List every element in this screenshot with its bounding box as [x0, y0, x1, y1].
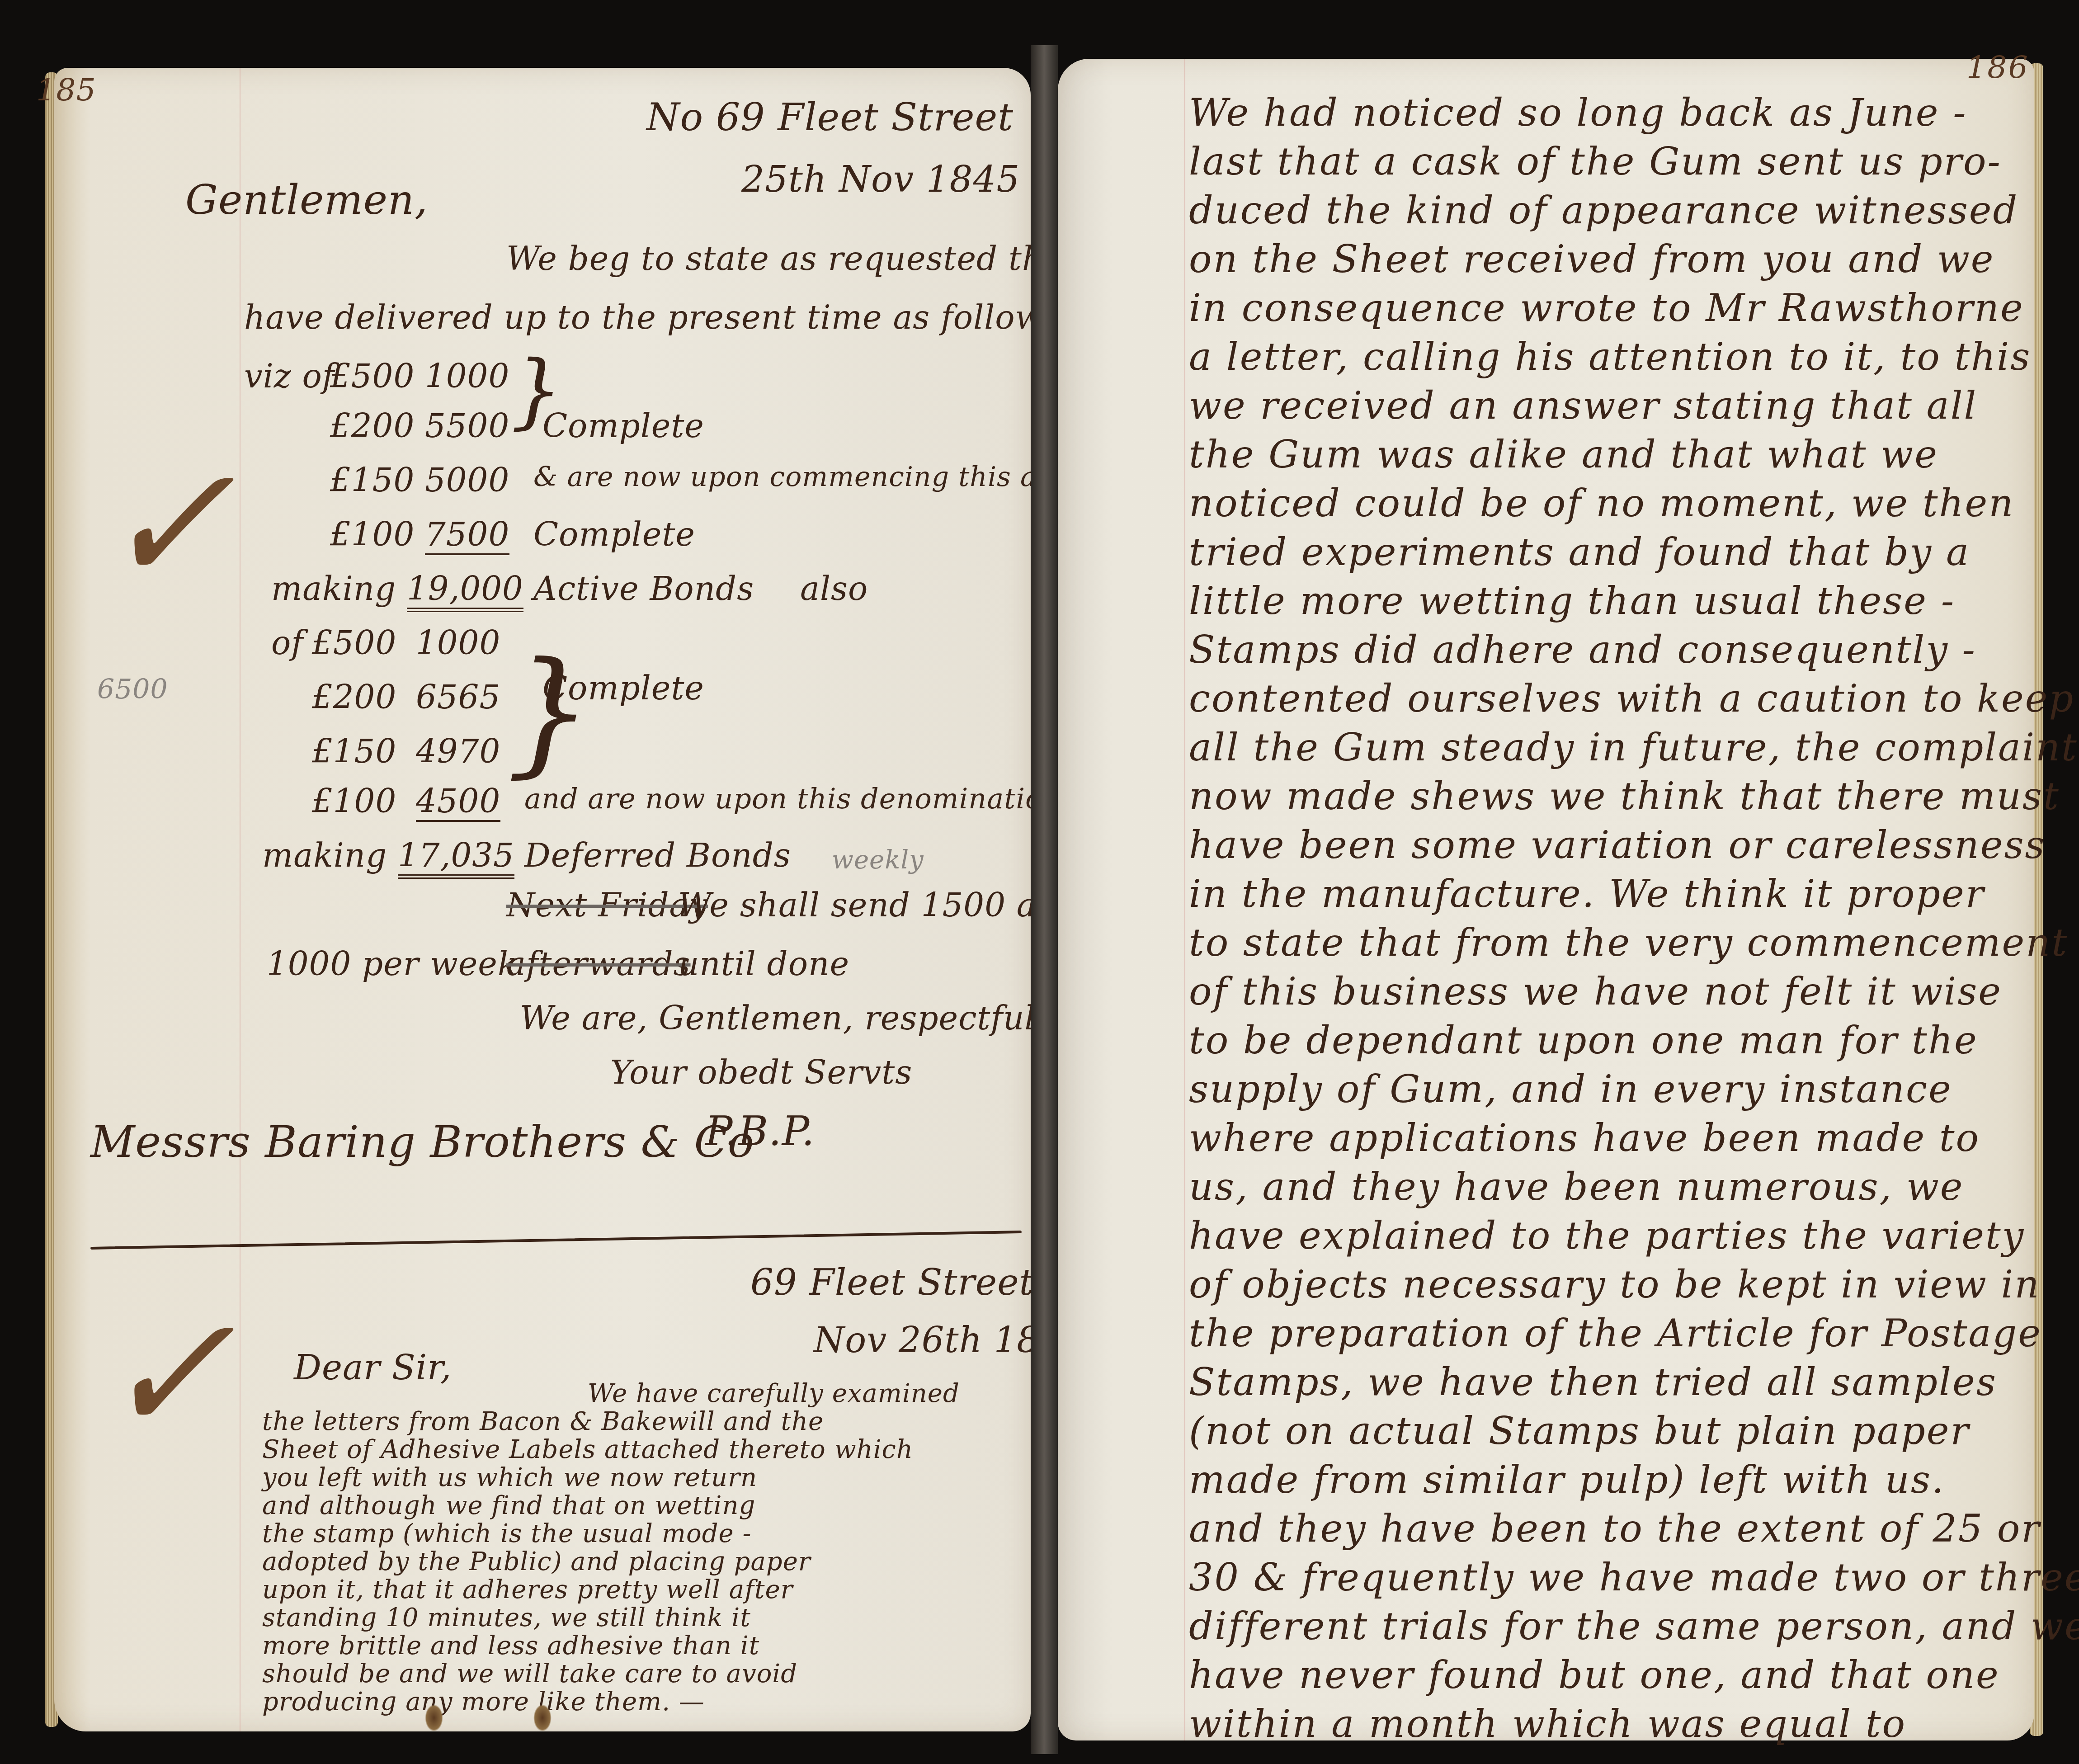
letter-divider-line: [90, 1231, 1022, 1250]
letter-2-line: We have carefully examined: [588, 1379, 960, 1408]
body-line: the preparation of the Article for Posta…: [1189, 1311, 2042, 1355]
bond-count: 6565: [416, 678, 500, 716]
letter-1-address: No 69 Fleet Street: [646, 95, 1014, 139]
margin-tick-mark: ✓: [99, 1279, 236, 1469]
body-line: now made shews we think that there must: [1189, 774, 2060, 818]
bond-note: & are now upon commencing this a/c: [533, 461, 1062, 493]
struck-text: afterwards: [506, 945, 691, 983]
bond-denomination: £500: [330, 357, 415, 395]
body-line: different trials for the same person, an…: [1189, 1604, 2079, 1648]
letter-2-line: more brittle and less adhesive than it: [262, 1631, 759, 1660]
body-line: Stamps, we have then tried all samples: [1189, 1360, 1997, 1404]
body-line: to state that from the very commencement: [1189, 920, 2068, 965]
body-line: all the Gum steady in future, the compla…: [1189, 725, 2078, 769]
letter-1-line: have delivered up to the present time as…: [244, 298, 1061, 336]
body-line: duced the kind of appearance witnessed: [1189, 188, 2018, 232]
bond-count: 4970: [416, 732, 500, 770]
body-line: us, and they have been numerous, we: [1189, 1165, 1964, 1209]
bond-denomination: £150: [330, 461, 415, 499]
body-line: in the manufacture. We think it proper: [1189, 872, 1985, 916]
letter-1-line: until done: [678, 945, 849, 983]
open-ledger-book: 185 No 69 Fleet Street 25th Nov 1845 Gen…: [0, 0, 2079, 1764]
body-line: on the Sheet received from you and we: [1189, 237, 1995, 281]
letter-2-line: upon it, that it adheres pretty well aft…: [262, 1575, 793, 1604]
bond-denomination: £150: [312, 732, 396, 770]
letter-1-salutation: Gentlemen,: [185, 176, 428, 224]
letter-2-line: and although we find that on wetting: [262, 1491, 755, 1520]
letter-2-address: 69 Fleet Street: [750, 1261, 1034, 1303]
bond-count: 4500: [416, 782, 500, 822]
letter-2-line: Sheet of Adhesive Labels attached theret…: [262, 1435, 913, 1464]
active-bonds-total: 19,000: [407, 570, 523, 612]
bonds-prefix: viz of: [244, 357, 335, 395]
body-line: We had noticed so long back as June -: [1189, 90, 1967, 135]
body-line: Stamps did adhere and consequently -: [1189, 627, 1976, 672]
margin-rule: [240, 68, 240, 1731]
body-line: contented ourselves with a caution to ke…: [1189, 676, 2074, 721]
letter-2-line: producing any more like them. —: [262, 1687, 705, 1717]
body-line: of this business we have not felt it wis…: [1189, 969, 2002, 1014]
bond-note: and are now upon this denomination: [524, 782, 1061, 815]
body-line: supply of Gum, and in every instance: [1189, 1067, 1952, 1111]
ink-blot: [425, 1704, 443, 1731]
body-line: (not on actual Stamps but plain paper: [1189, 1409, 1970, 1453]
body-line: have explained to the parties the variet…: [1189, 1213, 2025, 1258]
also-text: also: [800, 570, 868, 608]
active-bonds-label: Active Bonds: [533, 570, 754, 608]
bond-count: 1000: [416, 624, 500, 662]
bond-denomination: £200: [312, 678, 396, 716]
body-line: little more wetting than usual these -: [1189, 579, 1955, 623]
right-page: 186 We had noticed so long back as June …: [1058, 59, 2034, 1740]
body-line: to be dependant upon one man for the: [1189, 1018, 1978, 1062]
bond-note: Complete: [542, 669, 704, 707]
body-line: of objects necessary to be kept in view …: [1189, 1262, 2041, 1306]
body-line: a letter, calling his attention to it, t…: [1189, 335, 2031, 379]
body-line: noticed could be of no moment, we then: [1189, 481, 2014, 525]
page-number: 185: [36, 72, 96, 108]
bond-count: 5500: [425, 407, 509, 445]
deferred-bonds-total: 17,035: [398, 836, 514, 879]
bond-count: 1000: [425, 357, 509, 395]
bond-denomination: £500: [312, 624, 396, 662]
total-label: making: [271, 570, 396, 608]
book-gutter: [1031, 45, 1058, 1754]
letter-2-line: should be and we will take care to avoid: [262, 1659, 797, 1689]
body-line: and they have been to the extent of 25 o…: [1189, 1506, 2041, 1551]
bond-denomination: £100: [330, 515, 415, 553]
ink-blot: [533, 1704, 552, 1731]
letter-1-line: We shall send 1500 and: [678, 886, 1079, 924]
margin-tick-mark: ✓: [99, 429, 236, 619]
page-number: 186: [1966, 50, 2029, 85]
total-label: making: [262, 836, 387, 874]
bond-denomination: £200: [330, 407, 415, 445]
body-line: where applications have been made to: [1189, 1116, 1980, 1160]
body-line: in consequence wrote to Mr Rawsthorne: [1189, 286, 2024, 330]
deferred-bonds-label: Deferred Bonds: [524, 836, 791, 874]
letter-2-line: the letters from Bacon & Bakewill and th…: [262, 1407, 824, 1436]
pencil-margin-figure: 6500: [97, 674, 168, 705]
body-line: tried experiments and found that by a: [1189, 530, 1970, 574]
letter-2-salutation: Dear Sir,: [294, 1347, 452, 1387]
body-line: the Gum was alike and that what we: [1189, 432, 1938, 476]
bond-count: 5000: [425, 461, 509, 499]
body-line: have never found but one, and that one: [1189, 1653, 2000, 1697]
body-line: have been some variation or carelessness: [1189, 823, 2046, 867]
pencil-insert: weekly: [832, 845, 924, 875]
letter-2-line: adopted by the Public) and placing paper: [262, 1547, 811, 1576]
addressee: Messrs Baring Brothers & Co: [90, 1117, 754, 1167]
letter-1-line: 1000 per week: [267, 945, 518, 983]
body-line: we received an answer stating that all: [1189, 383, 1977, 428]
bond-note: Complete: [533, 515, 695, 553]
margin-rule: [1184, 59, 1185, 1740]
bonds-prefix: of: [271, 624, 304, 662]
body-line: within a month which was equal to: [1189, 1702, 1906, 1746]
left-page: 185 No 69 Fleet Street 25th Nov 1845 Gen…: [54, 68, 1031, 1731]
letter-2-line: you left with us which we now return: [262, 1463, 757, 1492]
letter-2-line: the stamp (which is the usual mode -: [262, 1519, 751, 1548]
bond-note: Complete: [542, 407, 704, 445]
body-line: made from similar pulp) left with us.: [1189, 1457, 1945, 1502]
letter-1-date: 25th Nov 1845: [741, 158, 1020, 200]
letter-1-closing-2: Your obedt Servts: [610, 1053, 912, 1091]
letter-2-line: standing 10 minutes, we still think it: [262, 1603, 751, 1632]
body-line: 30 & frequently we have made two or thre…: [1189, 1555, 2079, 1599]
bond-count: 7500: [425, 515, 509, 555]
brace: }: [506, 633, 593, 791]
body-line: last that a cask of the Gum sent us pro-: [1189, 139, 2002, 184]
bond-denomination: £100: [312, 782, 396, 820]
letter-1-closing: We are, Gentlemen, respectfully: [520, 999, 1065, 1037]
